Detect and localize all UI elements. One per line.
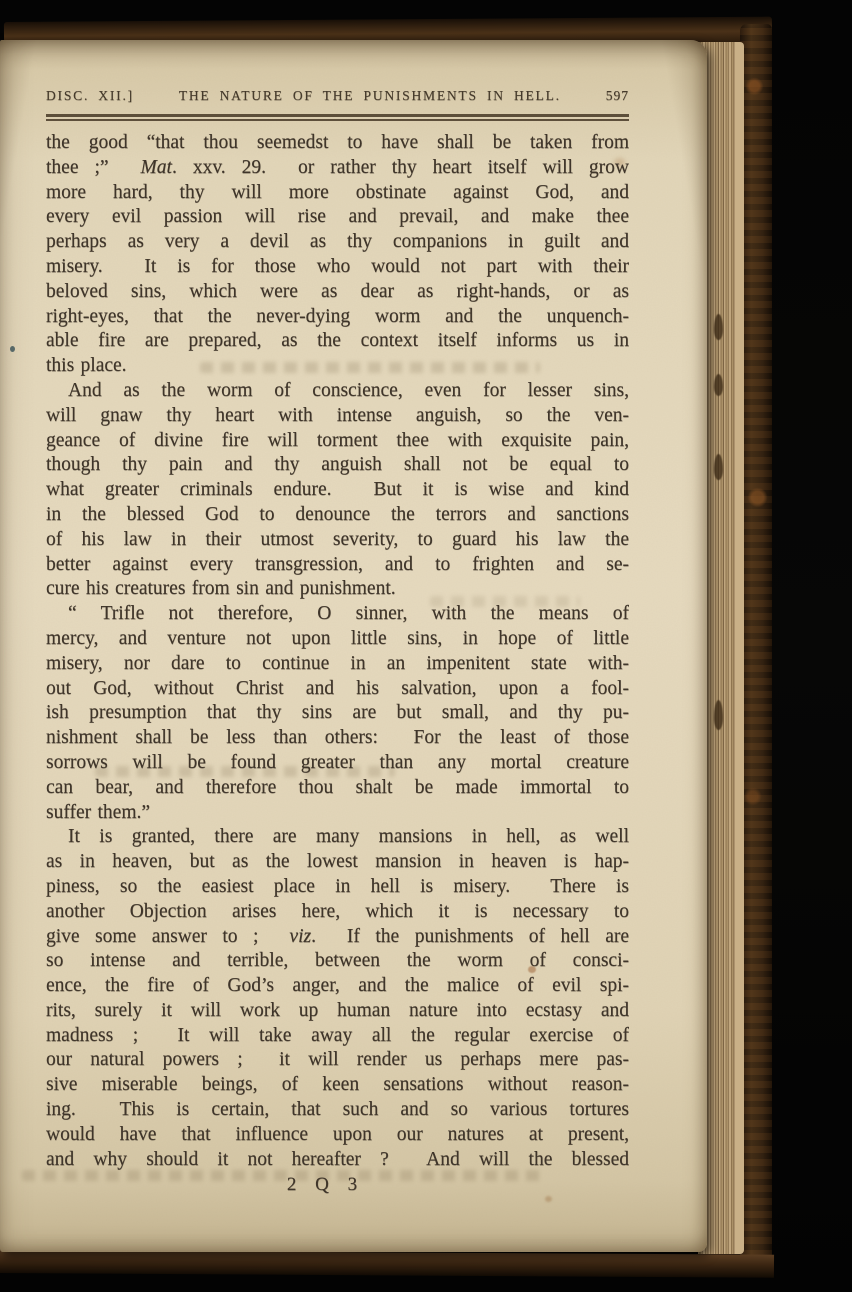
printers-signature: 2 Q 3 (34, 1174, 617, 1196)
text-line: thee ;” Mat. xxv. 29. or rather thy hear… (46, 156, 629, 181)
book-cover-bottom-edge (0, 1250, 774, 1278)
text-line: sive miserable beings, of keen sensation… (46, 1073, 629, 1098)
text-line: as in heaven, but as the lowest mansion … (46, 850, 629, 875)
text-line: rits, surely it will work up human natur… (46, 999, 629, 1024)
text-line: sorrows will be found greater than any m… (46, 751, 629, 776)
text-line: though thy pain and thy anguish shall no… (46, 453, 629, 478)
text-line: piness, so the easiest place in hell is … (46, 875, 629, 900)
text-line: And as the worm of conscience, even for … (46, 379, 629, 404)
fore-edge-notch (714, 700, 723, 730)
body-text: the good “that thou seemedst to have sha… (46, 131, 629, 1172)
text-line: in the blessed God to denounce the terro… (46, 503, 629, 528)
text-line: ing. This is certain, that such and so v… (46, 1098, 629, 1123)
book-cover-right-edge (740, 24, 772, 1270)
page-number: 597 (606, 88, 629, 104)
text-line: “ Trifle not therefore, O sinner, with t… (46, 602, 629, 627)
text-line: this place. (46, 354, 629, 379)
text-line: able fire are prepared, as the context i… (46, 329, 629, 354)
text-line: perhaps as very a devil as thy companion… (46, 230, 629, 255)
text-line: geance of divine fire will torment thee … (46, 429, 629, 454)
text-line: mercy, and venture not upon little sins,… (46, 627, 629, 652)
discourse-label: DISC. XII.] (46, 88, 134, 104)
text-line: give some answer to ; viz. If the punish… (46, 925, 629, 950)
text-line: suffer them.” (46, 801, 629, 826)
text-line: nishment shall be less than others: For … (46, 726, 629, 751)
text-line: can bear, and therefore thou shalt be ma… (46, 776, 629, 801)
text-line: right-eyes, that the never-dying worm an… (46, 305, 629, 330)
printed-area: DISC. XII.] THE NATURE OF THE PUNISHMENT… (46, 88, 629, 1196)
text-line: will gnaw thy heart with intense anguish… (46, 404, 629, 429)
text-line: another Objection arises here, which it … (46, 900, 629, 925)
photographed-book-scene: DISC. XII.] THE NATURE OF THE PUNISHMENT… (0, 0, 852, 1292)
text-line: better against every transgression, and … (46, 553, 629, 578)
text-line: ence, the fire of God’s anger, and the m… (46, 974, 629, 999)
fore-edge-notch (714, 314, 723, 340)
header-double-rule (46, 114, 629, 121)
text-line: misery. It is for those who would not pa… (46, 255, 629, 280)
text-line: of his law in their utmost severity, to … (46, 528, 629, 553)
text-line: out God, without Christ and his salvatio… (46, 677, 629, 702)
text-line: ish presumption that thy sins are but sm… (46, 701, 629, 726)
text-line: our natural powers ; it will render us p… (46, 1048, 629, 1073)
text-line: and why should it not hereafter ? And wi… (46, 1148, 629, 1173)
text-line: cure his creatures from sin and punishme… (46, 577, 629, 602)
ink-speck (10, 346, 15, 352)
text-line: beloved sins, which were as dear as righ… (46, 280, 629, 305)
text-line: what greater criminals endure. But it is… (46, 478, 629, 503)
fore-edge-notch (714, 374, 723, 396)
text-line: madness ; It will take away all the regu… (46, 1024, 629, 1049)
text-line: would have that influence upon our natur… (46, 1123, 629, 1148)
text-line: It is granted, there are many mansions i… (46, 825, 629, 850)
fore-edge-notch (714, 454, 723, 480)
text-line: every evil passion will rise and prevail… (46, 205, 629, 230)
foxing-spot (545, 1196, 552, 1202)
text-line: the good “that thou seemedst to have sha… (46, 131, 629, 156)
text-line: so intense and terrible, between the wor… (46, 949, 629, 974)
book-page: DISC. XII.] THE NATURE OF THE PUNISHMENT… (0, 40, 707, 1252)
text-line: more hard, thy will more obstinate again… (46, 181, 629, 206)
text-line: misery, nor dare to continue in an impen… (46, 652, 629, 677)
page-title: THE NATURE OF THE PUNISHMENTS IN HELL. (134, 88, 606, 104)
running-header: DISC. XII.] THE NATURE OF THE PUNISHMENT… (46, 88, 629, 106)
